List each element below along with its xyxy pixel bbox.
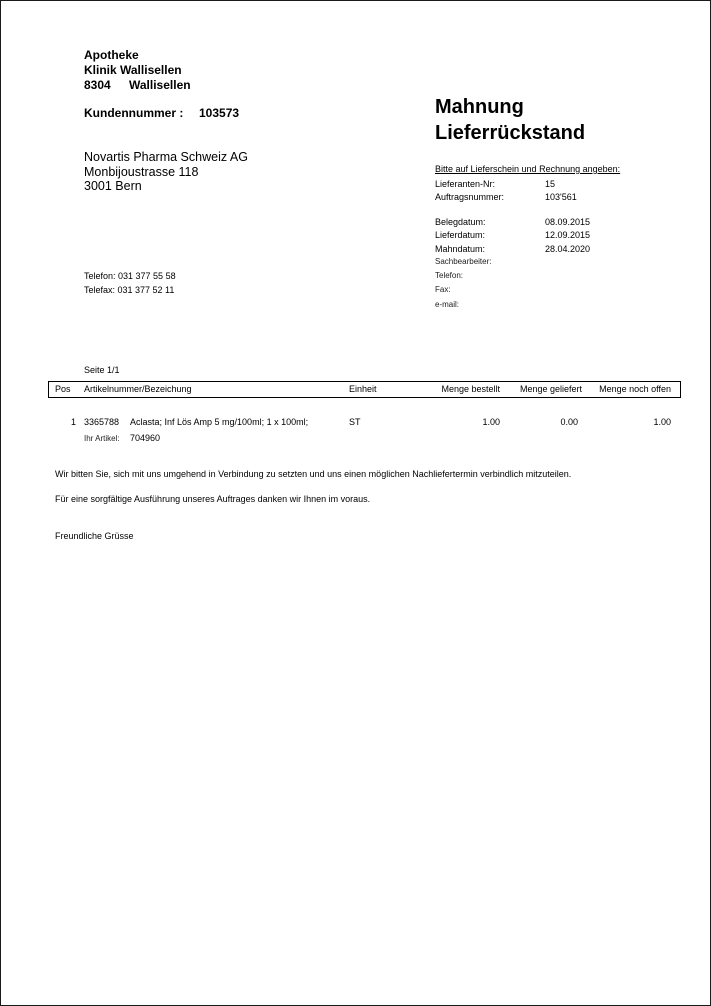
closing: Freundliche Grüsse — [55, 531, 134, 541]
sender-line2: Klinik Wallisellen — [84, 63, 182, 77]
contact-email-label: e-mail: — [435, 300, 459, 309]
doc-date-label: Belegdatum: — [435, 217, 486, 227]
delivery-date-label: Lieferdatum: — [435, 230, 485, 240]
reminder-date-label: Mahndatum: — [435, 244, 485, 254]
row-unit: ST — [349, 417, 361, 427]
header-pos: Pos — [55, 384, 71, 394]
recipient-phone: Telefon: 031 377 55 58 — [84, 271, 176, 281]
row-description: Aclasta; Inf Lös Amp 5 mg/100ml; 1 x 100… — [130, 417, 308, 427]
reminder-date: 28.04.2020 — [545, 244, 590, 254]
row-pos: 1 — [61, 417, 76, 427]
reference-note: Bitte auf Lieferschein und Rechnung ange… — [435, 164, 620, 174]
document-title-line1: Mahnung — [435, 94, 524, 120]
recipient-street: Monbijoustrasse 118 — [84, 165, 198, 179]
row-open: 1.00 — [611, 417, 671, 427]
doc-date: 08.09.2015 — [545, 217, 590, 227]
sender-line1: Apotheke — [84, 48, 139, 62]
header-delivered: Menge geliefert — [509, 384, 582, 394]
body-paragraph-1: Wir bitten Sie, sich mit uns umgehend in… — [55, 469, 571, 479]
customer-number-label: Kundennummer : — [84, 106, 183, 120]
delivery-date: 12.09.2015 — [545, 230, 590, 240]
supplier-number-label: Lieferanten-Nr: — [435, 179, 495, 189]
row-article-number: 3365788 — [84, 417, 119, 427]
supplier-number: 15 — [545, 179, 555, 189]
header-article: Artikelnummer/Bezeichung — [84, 384, 192, 394]
row-your-article: 704960 — [130, 433, 160, 443]
header-unit: Einheit — [349, 384, 377, 394]
clerk-label: Sachbearbeiter: — [435, 257, 491, 266]
row-ordered: 1.00 — [441, 417, 500, 427]
row-delivered: 0.00 — [519, 417, 578, 427]
customer-number: 103573 — [199, 106, 239, 120]
row-your-article-label: Ihr Artikel: — [84, 434, 120, 443]
header-open: Menge noch offen — [589, 384, 671, 394]
document-title-line2: Lieferrückstand — [435, 120, 585, 146]
order-number-label: Auftragsnummer: — [435, 192, 504, 202]
header-ordered: Menge bestellt — [429, 384, 500, 394]
order-number: 103'561 — [545, 192, 577, 202]
body-paragraph-2: Für eine sorgfältige Ausführung unseres … — [55, 494, 370, 504]
contact-phone-label: Telefon: — [435, 271, 463, 280]
page-indicator: Seite 1/1 — [84, 365, 120, 375]
recipient-city: 3001 Bern — [84, 179, 142, 193]
recipient-name: Novartis Pharma Schweiz AG — [84, 150, 248, 164]
table-header: Pos Artikelnummer/Bezeichung Einheit Men… — [48, 381, 681, 398]
document-page: Apotheke Klinik Wallisellen 8304 Wallise… — [0, 0, 711, 1006]
sender-zip: 8304 — [84, 78, 111, 92]
recipient-fax: Telefax: 031 377 52 11 — [84, 285, 174, 295]
contact-fax-label: Fax: — [435, 285, 451, 294]
sender-city: Wallisellen — [129, 78, 191, 92]
